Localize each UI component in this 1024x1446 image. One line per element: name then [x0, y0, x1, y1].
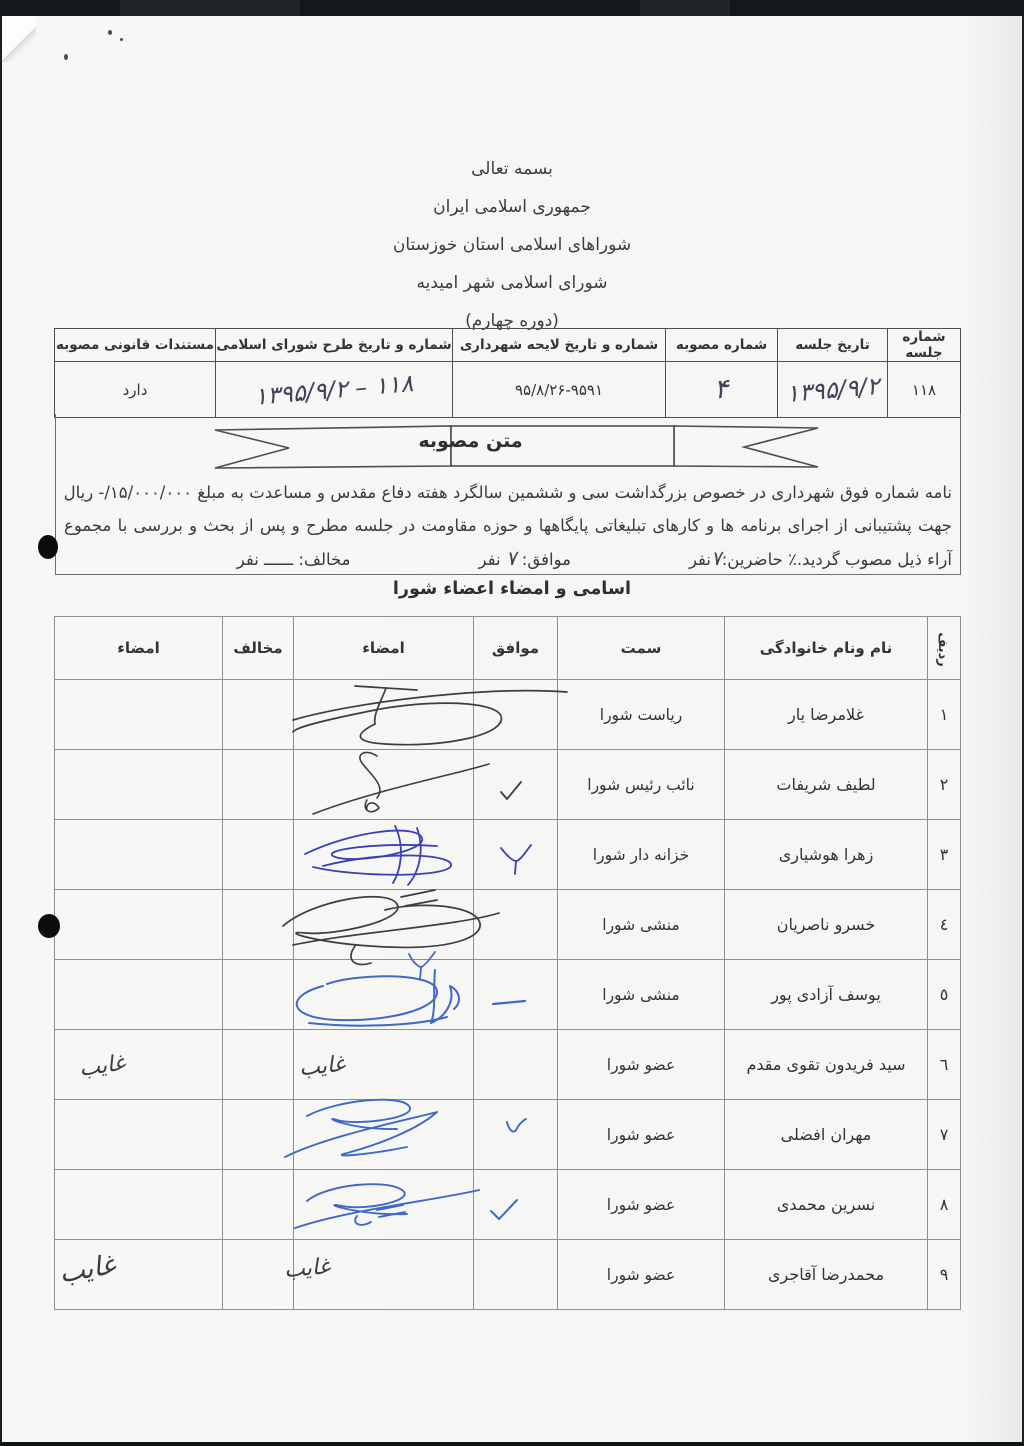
member-row: ۱ غلامرضا یار ریاست شورا [55, 680, 961, 750]
letterhead-line: شورای اسلامی شهر امیدیه [2, 264, 1022, 302]
member-name: نسرین محمدی [725, 1170, 928, 1240]
pen-speck [108, 30, 112, 35]
handwritten-resolution-number: ۴ [713, 373, 730, 405]
member-row: ٤ خسرو ناصریان منشی شورا [55, 890, 961, 960]
member-name: زهرا هوشیاری [725, 820, 928, 890]
signature2-header: امضاء [55, 617, 223, 680]
letterhead-line: جمهوری اسلامی ایران [2, 188, 1022, 226]
handwritten-agree-count: ۷ [504, 542, 518, 576]
page-corner-curl [2, 16, 36, 62]
letterhead-line: بسمه تعالی [2, 150, 1022, 188]
oppose-segment: مخالف: ــــــ نفر [237, 543, 351, 576]
member-position: عضو شورا [558, 1100, 725, 1170]
member-row: ٦ سید فریدون تقوی مقدم عضو شورا [55, 1030, 961, 1100]
member-position: عضو شورا [558, 1170, 725, 1240]
municipality-bill-value: ۹۵/۸/۲۶-۹۵۹۱ [453, 362, 666, 418]
info-table-header-row: شماره جلسه تاریخ جلسه شماره مصوبه شماره … [55, 329, 961, 362]
legal-docs-value: دارد [55, 362, 216, 418]
resolution-line-1: نامه شماره فوق شهرداری در خصوص بزرگداشت … [64, 476, 952, 509]
scanner-edge-bottom [0, 1442, 1024, 1446]
resolution-paragraph: نامه شماره فوق شهرداری در خصوص بزرگداشت … [64, 476, 952, 576]
agree-segment: موافق: ۷ نفر [479, 542, 571, 576]
handwritten-session-date: ۱۳۹۵/۹/۲ [785, 371, 881, 407]
info-table-value-row: ۱۱۸ ۱۳۹۵/۹/۲ ۴ ۹۵/۸/۲۶-۹۵۹۱ ۱۳۹۵/۹/۲ – ۱… [55, 362, 961, 418]
council-plan-header: شماره و تاریخ طرح شورای اسلامی [216, 329, 453, 362]
member-name: یوسف آزادی پور [725, 960, 928, 1030]
member-position: منشی شورا [558, 960, 725, 1030]
ribbon-right-tail [674, 426, 818, 467]
present-segment: آراء ذیل مصوب گردید.٪ حاضرین:۷نفر [689, 542, 952, 576]
row-number: ٥ [928, 960, 961, 1030]
punch-hole-bottom [38, 914, 60, 938]
member-position: منشی شورا [558, 890, 725, 960]
position-header: سمت [558, 617, 725, 680]
member-row: ٨ نسرین محمدی عضو شورا [55, 1170, 961, 1240]
resolution-number-header: شماره مصوبه [666, 329, 778, 362]
member-name: مهران افضلی [725, 1100, 928, 1170]
row-number: ۱ [928, 680, 961, 750]
pen-speck [64, 54, 68, 60]
row-number-header: ردیف [928, 617, 961, 680]
member-name: غلامرضا یار [725, 680, 928, 750]
amount-value: -/۱۵/۰۰۰/۰۰۰ [98, 483, 192, 502]
oppose-header: مخالف [223, 617, 294, 680]
handwritten-council-plan: ۱۳۹۵/۹/۲ – ۱۱۸ [253, 369, 414, 411]
oppose-dash: ــــــ [264, 550, 293, 569]
scanner-edge-top [0, 0, 1024, 16]
member-name: لطیف شریفات [725, 750, 928, 820]
resolution-text-box: متن مصوبه نامه شماره فوق شهرداری در خصوص… [55, 414, 961, 575]
scanner-edge-highlight [640, 0, 730, 16]
row-number: ٨ [928, 1170, 961, 1240]
member-row: ٧ مهران افضلی عضو شورا [55, 1100, 961, 1170]
member-name: محمدرضا آقاجری [725, 1240, 928, 1310]
letterhead: بسمه تعالی جمهوری اسلامی ایران شوراهای ا… [2, 150, 1022, 340]
signature-header: امضاء [294, 617, 474, 680]
agree-header: موافق [474, 617, 558, 680]
pen-speck [120, 38, 123, 41]
resolution-info-table: شماره جلسه تاریخ جلسه شماره مصوبه شماره … [54, 328, 961, 418]
session-number-value: ۱۱۸ [888, 362, 961, 418]
member-name: خسرو ناصریان [725, 890, 928, 960]
session-number-header: شماره جلسه [888, 329, 961, 362]
member-position: عضو شورا [558, 1240, 725, 1310]
full-name-header: نام ونام خانوادگی [725, 617, 928, 680]
row-number: ٦ [928, 1030, 961, 1100]
row-number: ٧ [928, 1100, 961, 1170]
member-row: ۳ زهرا هوشیاری خزانه دار شورا [55, 820, 961, 890]
scanner-edge-highlight [120, 0, 300, 16]
members-section-title: اسامی و امضاء اعضاء شورا [2, 579, 1022, 599]
row-number: ٩ [928, 1240, 961, 1310]
member-row: ٥ یوسف آزادی پور منشی شورا [55, 960, 961, 1030]
punch-hole-top [38, 535, 58, 559]
council-plan-value: ۱۳۹۵/۹/۲ – ۱۱۸ [216, 362, 453, 418]
member-position: عضو شورا [558, 1030, 725, 1100]
session-date-header: تاریخ جلسه [778, 329, 888, 362]
resolution-banner-title: متن مصوبه [359, 430, 582, 452]
member-name: سید فریدون تقوی مقدم [725, 1030, 928, 1100]
letterhead-line: شوراهای اسلامی استان خوزستان [2, 226, 1022, 264]
resolution-line-3: آراء ذیل مصوب گردید.٪ حاضرین:۷نفر موافق:… [64, 542, 952, 576]
resolution-number-value: ۴ [666, 362, 778, 418]
scanned-document-page: بسمه تعالی جمهوری اسلامی ایران شوراهای ا… [2, 16, 1022, 1442]
row-number: ٤ [928, 890, 961, 960]
member-position: خزانه دار شورا [558, 820, 725, 890]
member-position: ریاست شورا [558, 680, 725, 750]
resolution-line-2: جهت پشتیبانی از اجرای برنامه ها و کارهای… [64, 509, 952, 542]
member-row: ۲ لطیف شریفات نائب رئیس شورا [55, 750, 961, 820]
row-number: ۲ [928, 750, 961, 820]
members-table: ردیف نام ونام خانوادگی سمت موافق امضاء م… [54, 616, 961, 1310]
legal-docs-header: مستندات قانونی مصوبه [55, 329, 216, 362]
session-date-value: ۱۳۹۵/۹/۲ [778, 362, 888, 418]
handwritten-present-count: ۷ [710, 542, 724, 576]
members-header-row: ردیف نام ونام خانوادگی سمت موافق امضاء م… [55, 617, 961, 680]
row-number: ۳ [928, 820, 961, 890]
municipality-bill-header: شماره و تاریخ لایحه شهرداری [453, 329, 666, 362]
member-position: نائب رئیس شورا [558, 750, 725, 820]
member-row: ٩ محمدرضا آقاجری عضو شورا [55, 1240, 961, 1310]
